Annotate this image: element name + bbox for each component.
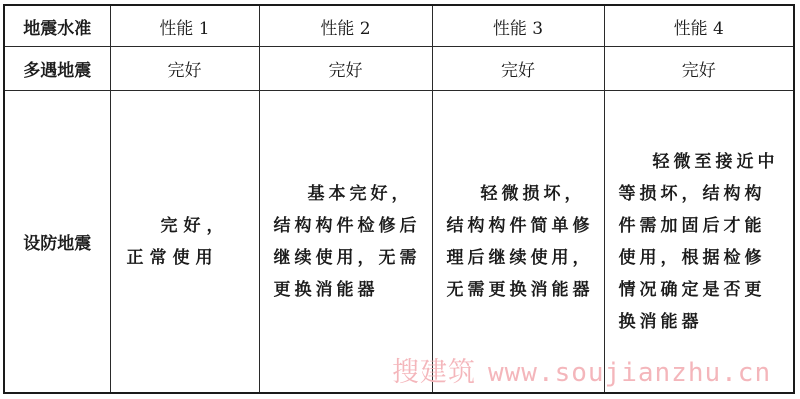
table-header-row: 地震水准 性能 1 性能 2 性能 3 性能 4 xyxy=(4,5,794,47)
table-row-frequent-earthquake: 多遇地震 完好 完好 完好 完好 xyxy=(4,47,794,91)
seismic-performance-table: 地震水准 性能 1 性能 2 性能 3 性能 4 多遇地震 完好 完好 完好 完… xyxy=(3,4,795,394)
table-row-design-earthquake: 设防地震 完好，正常使用 基本完好，结构构件检修后继续使用，无需更换消能器 轻微… xyxy=(4,91,794,394)
watermark-url-text: www.soujianzhu.cn xyxy=(488,358,771,388)
cell-design-perf4-text: 轻微至接近中等损坏，结构构件需加固后才能使用，根据检修情况确定是否更换消能器 xyxy=(605,146,794,338)
cell-design-perf2: 基本完好，结构构件检修后继续使用，无需更换消能器 xyxy=(259,91,432,394)
header-performance-1: 性能 1 xyxy=(110,5,259,47)
cell-design-perf1: 完好，正常使用 xyxy=(110,91,259,394)
watermark-cn-text: 搜建筑 xyxy=(392,357,476,388)
cell-design-perf2-text: 基本完好，结构构件检修后继续使用，无需更换消能器 xyxy=(260,178,432,306)
header-performance-4: 性能 4 xyxy=(604,5,794,47)
cell-design-perf3: 轻微损坏，结构构件简单修理后继续使用，无需更换消能器 xyxy=(432,91,604,394)
cell-frequent-perf2: 完好 xyxy=(259,47,432,91)
row-label-design-earthquake: 设防地震 xyxy=(4,91,110,394)
cell-design-perf4: 轻微至接近中等损坏，结构构件需加固后才能使用，根据检修情况确定是否更换消能器 xyxy=(604,91,794,394)
watermark: 搜建筑www.soujianzhu.cn xyxy=(392,350,771,389)
cell-frequent-perf3: 完好 xyxy=(432,47,604,91)
cell-frequent-perf1: 完好 xyxy=(110,47,259,91)
row-label-frequent-earthquake: 多遇地震 xyxy=(4,47,110,91)
header-seismic-level: 地震水准 xyxy=(4,5,110,47)
header-performance-3: 性能 3 xyxy=(432,5,604,47)
cell-frequent-perf4: 完好 xyxy=(604,47,794,91)
cell-design-perf1-text: 完好，正常使用 xyxy=(111,210,259,274)
header-performance-2: 性能 2 xyxy=(259,5,432,47)
cell-design-perf3-text: 轻微损坏，结构构件简单修理后继续使用，无需更换消能器 xyxy=(433,178,604,306)
